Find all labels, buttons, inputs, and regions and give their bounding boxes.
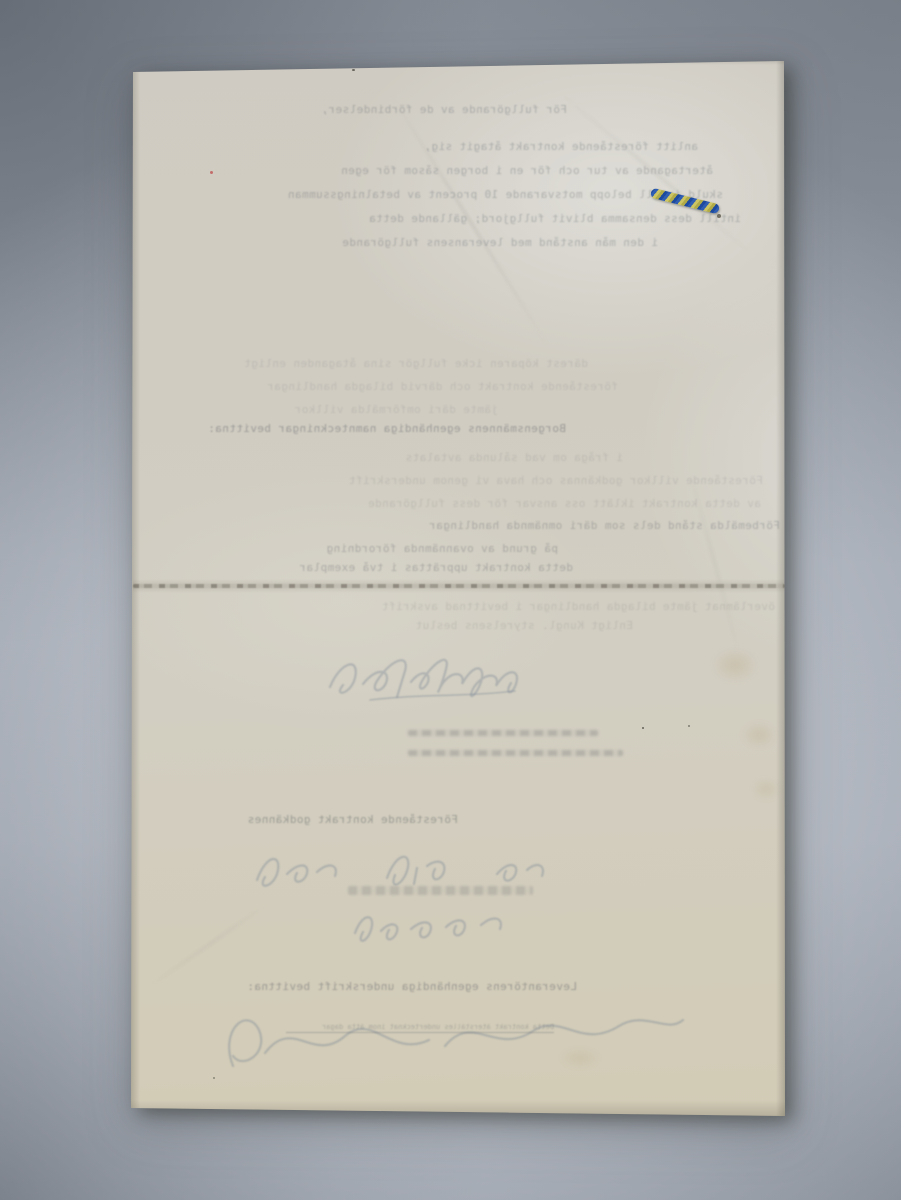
bleedthrough-text-line: För fullgörande av de förbindelser, som — [322, 104, 567, 116]
foxing-stain — [560, 1048, 600, 1068]
bleedthrough-text-line: intill dess densamma blivit fullgjord; g… — [166, 213, 741, 225]
bleedthrough-small-print: Detta kontrakt återställes undertecknat … — [286, 1024, 554, 1033]
bleedthrough-text-line: Förbemälda stånd dels som däri omnämnda … — [160, 520, 780, 532]
foxing-stain — [742, 722, 776, 748]
foxing-stain — [752, 778, 780, 800]
bleedthrough-approval-line: Förestående kontrakt godkännes — [213, 814, 458, 826]
cord-hole — [717, 214, 721, 218]
faint-smudge-row — [408, 730, 598, 736]
fold-crease — [133, 584, 785, 588]
bleedthrough-text-line: anlitt förestående kontrakt åtagit sig, — [358, 141, 698, 153]
paper-edge-top — [131, 58, 786, 65]
bleedthrough-signature-1 — [315, 642, 575, 712]
paper-shadow: För fullgörande av de förbindelser, som … — [0, 0, 901, 1200]
paper-edge-bottom — [131, 1100, 786, 1117]
dark-speck — [213, 1077, 215, 1079]
bleedthrough-witness-line: Borgensmännens egenhändiga namnteckninga… — [166, 423, 566, 435]
dark-speck — [642, 727, 644, 729]
bleedthrough-text-line: på grund av ovannämnda förordning — [168, 543, 558, 555]
photo-of-document-back: För fullgörande av de förbindelser, som … — [0, 0, 901, 1200]
bleedthrough-text-line: av detta kontrakt iklätt oss ansvar för … — [161, 498, 761, 510]
dark-speck — [688, 725, 690, 727]
foxing-stain — [712, 648, 758, 682]
bleedthrough-text-line: jämte däri omförmälda villkor — [168, 404, 498, 416]
bleedthrough-text-line: i den mån anstånd med leveransens fullgö… — [193, 237, 658, 249]
dark-speck — [352, 69, 355, 71]
bleedthrough-witness-line: Leverantörens egenhändiga underskrift be… — [212, 981, 577, 993]
wrinkle-line — [149, 899, 273, 987]
bleedthrough-text-line: detta kontrakt upprättas i två exemplar — [228, 562, 573, 574]
bleedthrough-signature-3 — [345, 903, 530, 948]
bleedthrough-text-line: Enligt Kungl. styrelsens beslut — [298, 620, 633, 632]
bleedthrough-text-line: skuld intill belopp motsvarande 10 proce… — [163, 189, 723, 201]
bleedthrough-text-line: Förestående villkor godkännas och hava v… — [163, 475, 763, 487]
paper-sheet: För fullgörande av de förbindelser, som … — [0, 0, 901, 1200]
faint-smudge-row — [348, 886, 533, 895]
bleedthrough-text-line: överlämnat jämte bilagda handlingar i be… — [163, 601, 775, 613]
bleedthrough-signature-4 — [215, 998, 695, 1073]
bleedthrough-text-line: därest köparen icke fullgör sina åtagand… — [168, 358, 588, 370]
red-speck — [210, 171, 213, 174]
bleedthrough-text-line: i fråga om vad sålunda avtalats — [203, 452, 623, 464]
bleedthrough-text-line: återtagande av tur och för en i borgen s… — [168, 165, 713, 177]
bleedthrough-text-line: förestående kontrakt och därvid bilagda … — [168, 381, 618, 393]
faint-smudge-row — [408, 750, 623, 756]
